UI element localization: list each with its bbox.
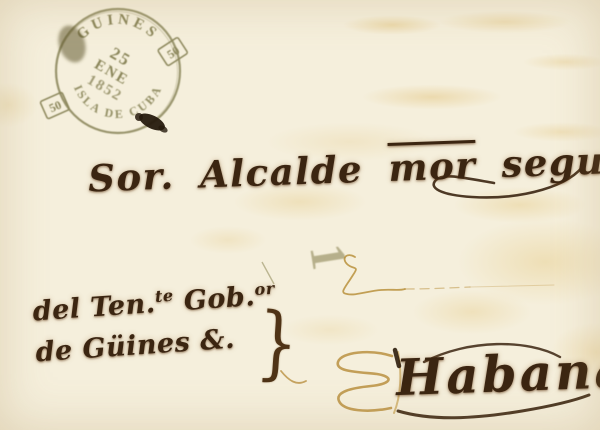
rate-1-handstamp: 1	[262, 240, 358, 284]
sender-endorsement: del Ten.te Gob.or de Güines &.	[31, 276, 279, 374]
postmark-rate-box-left: 50	[40, 92, 70, 119]
endorsement-line1-text1: del Ten.	[32, 288, 157, 327]
postmark-date: 25 ENE 1852	[83, 39, 144, 105]
letter-scan: GUINES ISLA DE CUBA 25 ENE 1852 50 50	[0, 0, 600, 430]
postmark-stamp: GUINES ISLA DE CUBA 25 ENE 1852 50 50	[40, 9, 188, 133]
endorsement-line1-sup1: te	[154, 286, 174, 306]
clerk-mark-squiggle	[343, 255, 554, 294]
endorsement-line1-text2: Gob.	[173, 281, 256, 318]
rate-1-glyph: 1	[299, 240, 358, 273]
endorsement-brace: }	[254, 295, 301, 391]
paraph-flourish	[338, 350, 401, 413]
address-abbreviation: mor	[388, 143, 477, 190]
destination-habana: Habana	[395, 340, 600, 407]
address-suffix: segundo	[475, 136, 600, 187]
